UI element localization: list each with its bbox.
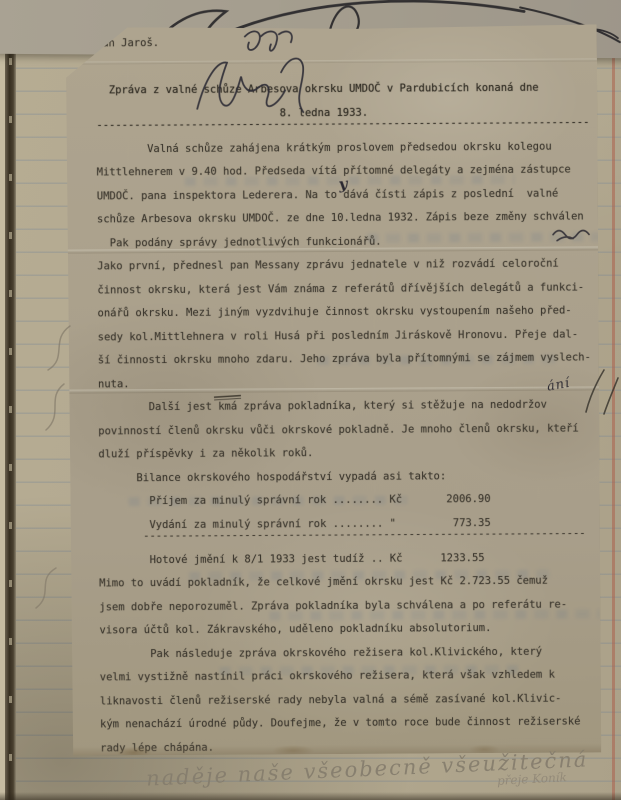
typed-line bbox=[96, 53, 593, 80]
typed-line: Pak podány správy jednotlivých funkcioná… bbox=[97, 229, 594, 256]
ink-signature bbox=[183, 26, 344, 119]
typed-line: Jako první, přednesl pan Messany zprávu … bbox=[97, 252, 594, 279]
typed-line: schůze Arbesova okrsku UMDOČ. ze dne 10.… bbox=[97, 205, 594, 232]
typed-line: Příjem za minulý správní rok ........ Kč… bbox=[99, 487, 596, 514]
typed-line: Mimo to uvádí pokladník, že celkové jměn… bbox=[99, 569, 596, 596]
typed-line: onářů okrsku. Mezi jiným vyzdvihuje činn… bbox=[97, 299, 594, 326]
typed-line: povinností členů okrsku vůči okrskové po… bbox=[98, 417, 595, 444]
typed-line: Zpráva z valné schůze Arbesova okrsku UM… bbox=[96, 76, 593, 103]
typed-line: velmi vystižně nastínil práci okrskového… bbox=[100, 663, 597, 690]
pencil-note-small: přeje Koník bbox=[497, 770, 568, 788]
pencil-margin-squiggle bbox=[26, 560, 66, 616]
notebook-photo: Jan Jaroš. Zpráva z valné schůze Arbesov… bbox=[0, 0, 621, 800]
typed-line: Valná schůze zahájena krátkým proslovem … bbox=[96, 135, 593, 162]
pencil-margin-squiggle bbox=[34, 318, 80, 438]
typed-line: nuta. bbox=[98, 370, 595, 397]
typed-line: ----------------------------------------… bbox=[96, 111, 593, 138]
page-bottom-shadow bbox=[0, 792, 621, 800]
typed-line: kým nenachází úrodné půdy. Doufejme, že … bbox=[100, 710, 597, 737]
typed-line: Bilance okrskového hospodářství vypadá a… bbox=[98, 464, 595, 491]
typed-line: Hotové jmění k 8/1 1933 jest tudíž .. Kč… bbox=[99, 546, 596, 573]
typed-line: sedy kol.Mittlehnera v roli Husá při pos… bbox=[98, 323, 595, 350]
handwritten-correction-letter: y bbox=[338, 175, 349, 194]
typed-line: ----------------------------------------… bbox=[99, 522, 596, 549]
binding-stitches bbox=[9, 0, 12, 800]
typed-line: jsem dobře neporozuměl. Zpráva pokladník… bbox=[99, 593, 596, 620]
typed-line: Jan Jaroš. bbox=[96, 29, 593, 56]
typed-line: dluží příspěvky i za několik roků. bbox=[98, 440, 595, 467]
ink-margin-slashes bbox=[578, 364, 621, 416]
typed-line: visora účtů kol. Zákravského, uděleno po… bbox=[99, 616, 596, 643]
typed-document: Jan Jaroš. Zpráva z valné schůze Arbesov… bbox=[66, 24, 601, 755]
typed-line: ší činnosti okrsku mnoho zdaru. Jeho zpr… bbox=[98, 346, 595, 373]
typed-line: Další jest kmá zpráva pokladníka, který … bbox=[98, 393, 595, 420]
typed-line: činnost okrsku, která jest Vám známa z r… bbox=[97, 276, 594, 303]
ink-strikeout-squiggle bbox=[551, 224, 591, 246]
typed-line: Pak následuje zpráva okrskového režisera… bbox=[100, 640, 597, 667]
typed-line: liknavosti členů režiserské rady nebyla … bbox=[100, 687, 597, 714]
typed-body: Jan Jaroš. Zpráva z valné schůze Arbesov… bbox=[96, 29, 597, 760]
